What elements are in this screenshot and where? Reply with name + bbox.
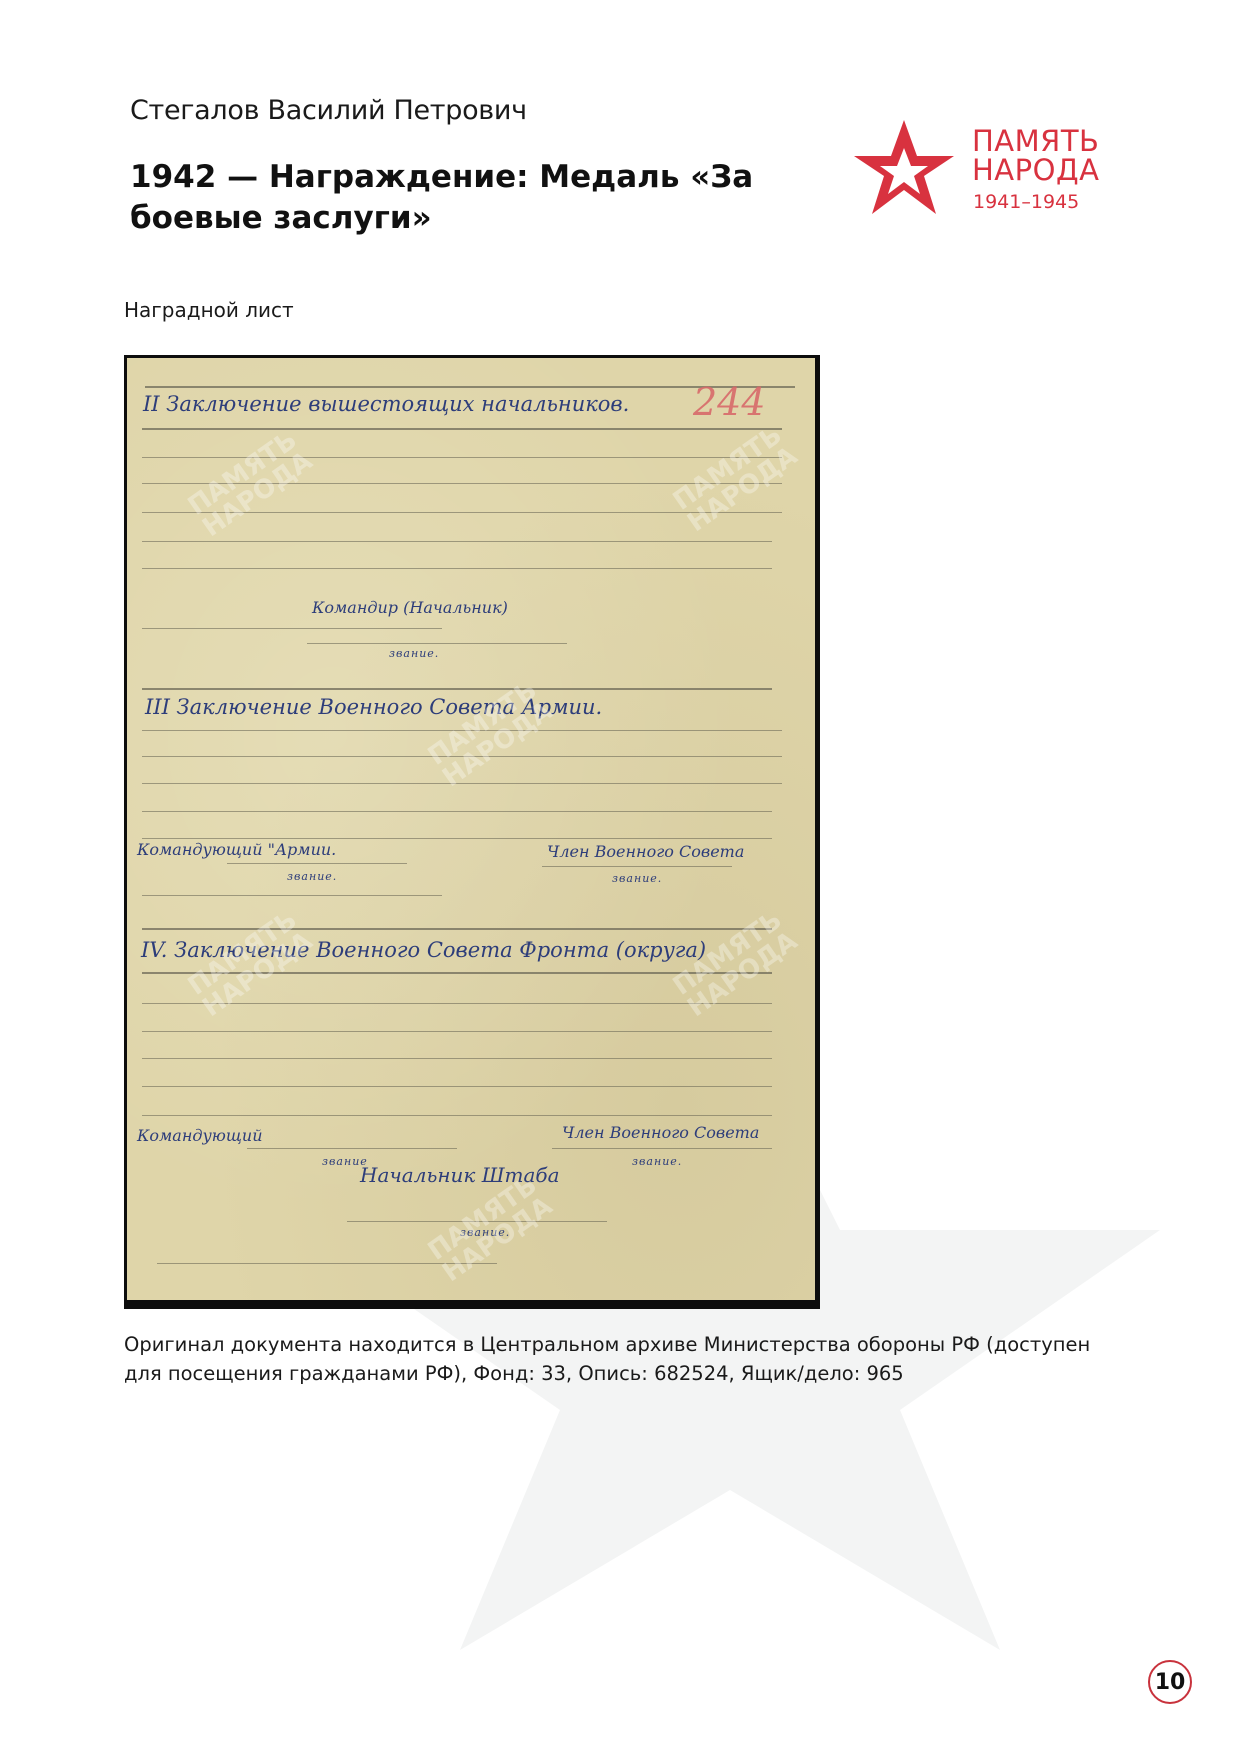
watermark: ПАМЯТЬНАРОДА: [424, 676, 557, 791]
pamyat-naroda-logo: ПАМЯТЬ НАРОДА 1941–1945: [852, 118, 1112, 218]
signature-role: Командир (Начальник): [312, 598, 508, 617]
watermark: ПАМЯТЬНАРОДА: [669, 421, 802, 536]
signature-rank-label: звание.: [632, 1155, 682, 1168]
page-title: 1942 — Награждение: Медаль «За боевые за…: [130, 157, 810, 239]
section-heading-ii: II Заключение вышестоящих начальников.: [143, 392, 629, 416]
signature-role: Член Военного Совета: [562, 1123, 759, 1142]
document-scan-image: II Заключение вышестоящих начальников. 2…: [124, 355, 820, 1309]
signature-role: Командующий "Армии.: [137, 840, 336, 859]
document-caption: Наградной лист: [124, 298, 294, 322]
archive-number: 244: [693, 380, 766, 424]
watermark: ПАМЯТЬНАРОДА: [184, 426, 317, 541]
signature-rank-label: звание.: [287, 870, 337, 883]
watermark: ПАМЯТЬНАРОДА: [184, 906, 317, 1021]
logo-text-line2: НАРОДА: [972, 155, 1099, 185]
person-name: Стегалов Василий Петрович: [130, 95, 527, 126]
signature-role: Член Военного Совета: [547, 842, 744, 861]
logo-years: 1941–1945: [973, 191, 1079, 213]
watermark: ПАМЯТЬНАРОДА: [424, 1171, 557, 1286]
signature-rank-label: звание.: [612, 872, 662, 885]
signature-rank-label: звание.: [389, 647, 439, 660]
signature-role: Командующий: [137, 1126, 263, 1145]
archive-source-note: Оригинал документа находится в Центральн…: [124, 1330, 1124, 1388]
watermark: ПАМЯТЬНАРОДА: [669, 906, 802, 1021]
page-number: 10: [1148, 1660, 1192, 1704]
logo-text-line1: ПАМЯТЬ: [972, 126, 1099, 156]
red-star-icon: [852, 118, 956, 218]
award-sheet-paper: II Заключение вышестоящих начальников. 2…: [127, 358, 815, 1300]
